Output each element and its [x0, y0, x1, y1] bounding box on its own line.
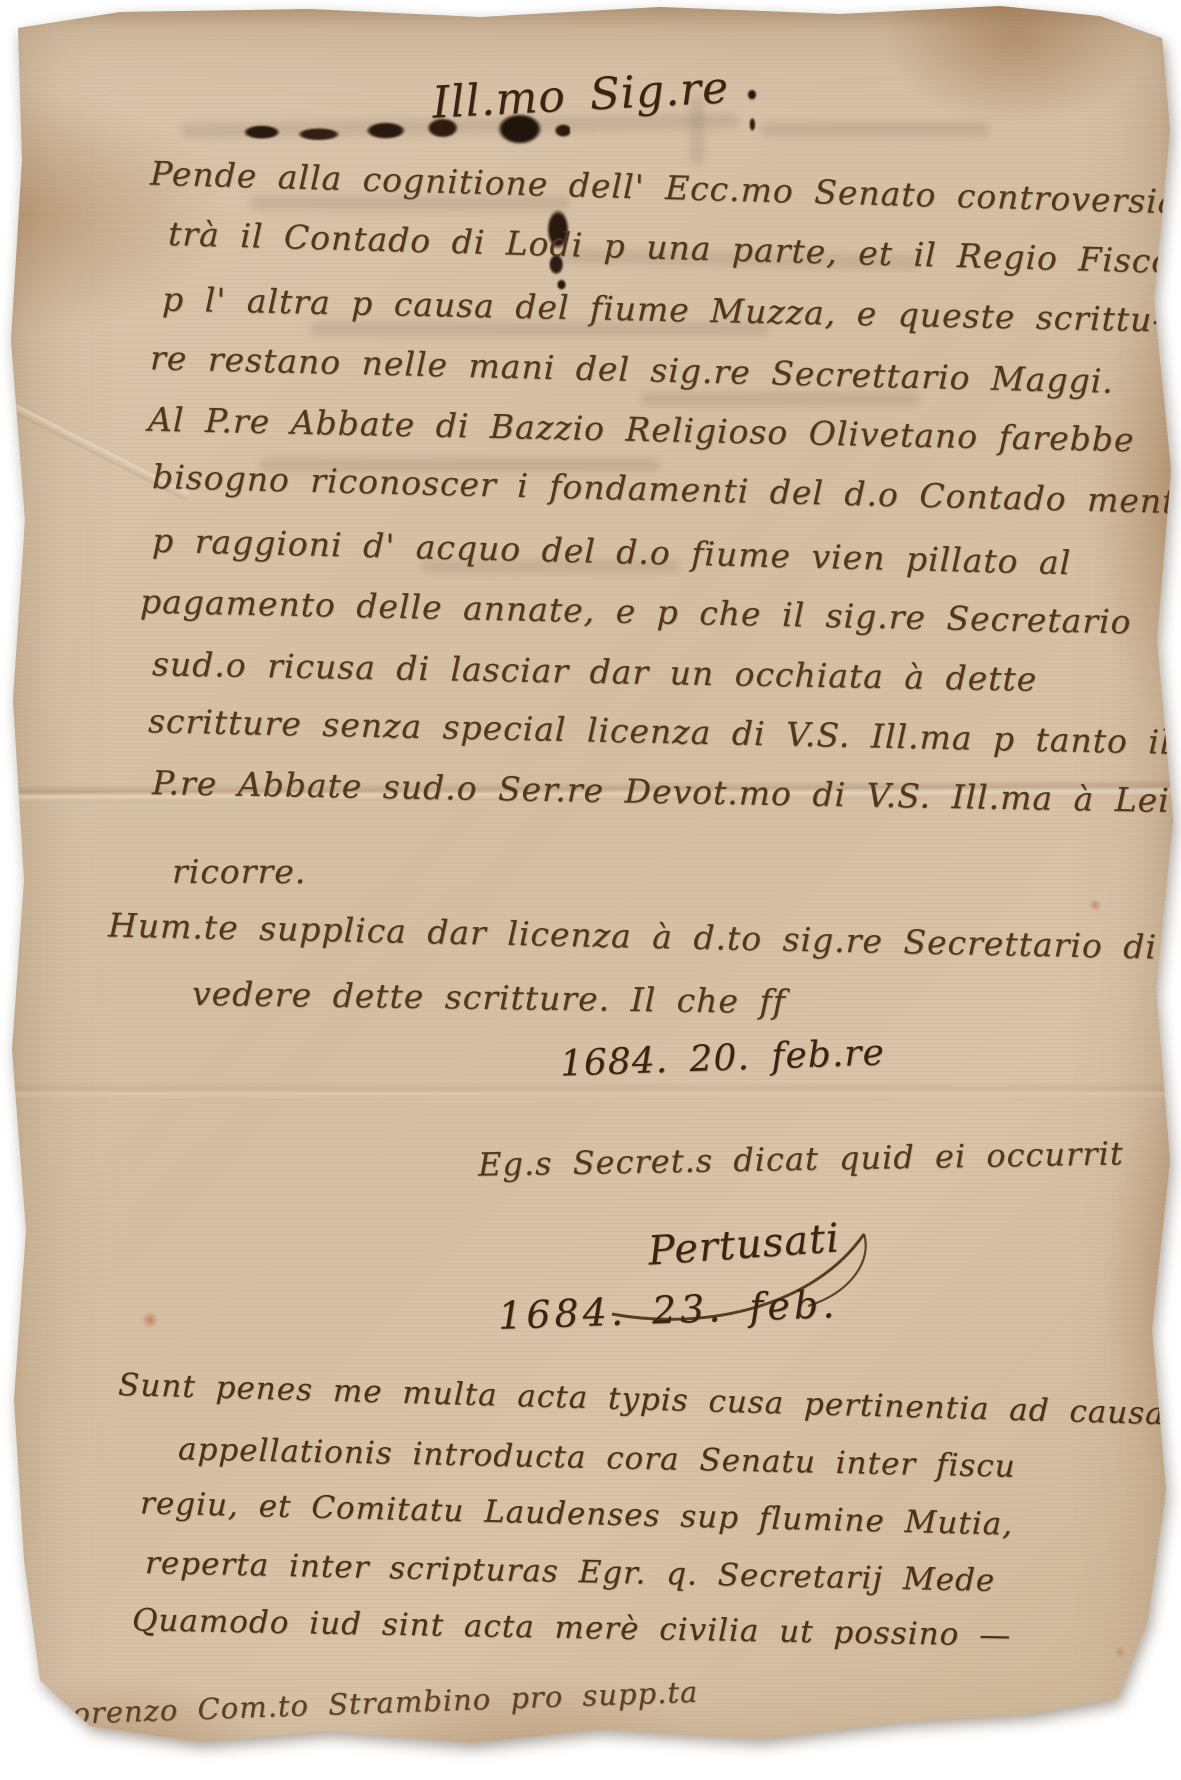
- paper-shadow: Ill.mo Sig.re Pende alla cognitione dell…: [0, 0, 1181, 1780]
- manuscript-line: regiu, et Comitatu Laudenses sup flumine…: [140, 1485, 1014, 1542]
- bleedthrough-smudge: [760, 122, 990, 137]
- manuscript-paper: Ill.mo Sig.re Pende alla cognitione dell…: [0, 0, 1181, 1780]
- manuscript-line: p raggioni d' acquo del d.o fiume vien p…: [152, 521, 1072, 582]
- manuscript-line: Quamodo iud sint acta merè civilia ut po…: [132, 1602, 1012, 1653]
- manuscript-line: pagamento delle annate, e p che il sig.r…: [140, 582, 1132, 642]
- manuscript-photo: Ill.mo Sig.re Pende alla cognitione dell…: [0, 0, 1181, 1780]
- manuscript-line: Hum.te supplica dar licenza à d.to sig.r…: [108, 906, 1181, 970]
- ink-blot-dot: [742, 86, 762, 148]
- decree-note: Eg.s Secret.s dicat quid ei occurrit: [478, 1134, 1124, 1183]
- manuscript-line: trà il Contado di Lodi p una parte, et i…: [168, 214, 1173, 281]
- manuscript-line: re restano nelle mani del sig.re Secrett…: [150, 338, 1115, 401]
- manuscript-line: vedere dette scritture. Il che ff: [192, 974, 786, 1021]
- petition-date: 1684. 20. feb.re: [559, 1032, 885, 1084]
- manuscript-line: appellationis introducta cora Senatu int…: [178, 1431, 1016, 1485]
- manuscript-line: Al P.re Abbate di Bazzio Religioso Olive…: [148, 400, 1135, 460]
- manuscript-line: Sunt penes me multa acta typis cusa pert…: [118, 1367, 1181, 1433]
- manuscript-line: Pende alla cognitione dell' Ecc.mo Senat…: [150, 154, 1179, 222]
- horizontal-fold-crease: [0, 1082, 1181, 1100]
- manuscript-line: bisogno riconoscer i fondamenti del d.o …: [152, 457, 1181, 522]
- manuscript-line: ricorre.: [172, 852, 306, 891]
- manuscript-line: reperta inter scripturas Egr. q. Secreta…: [145, 1545, 996, 1599]
- registration-note: Lorenzo Com.to Strambino pro supp.ta: [52, 1675, 699, 1732]
- manuscript-line: scritture senza special licenza di V.S. …: [148, 701, 1172, 761]
- manuscript-line: sud.o ricusa di lasciar dar un occhiata …: [152, 644, 1038, 698]
- manuscript-line: P.re Abbate sud.o Ser.re Devot.mo di V.S…: [152, 763, 1170, 820]
